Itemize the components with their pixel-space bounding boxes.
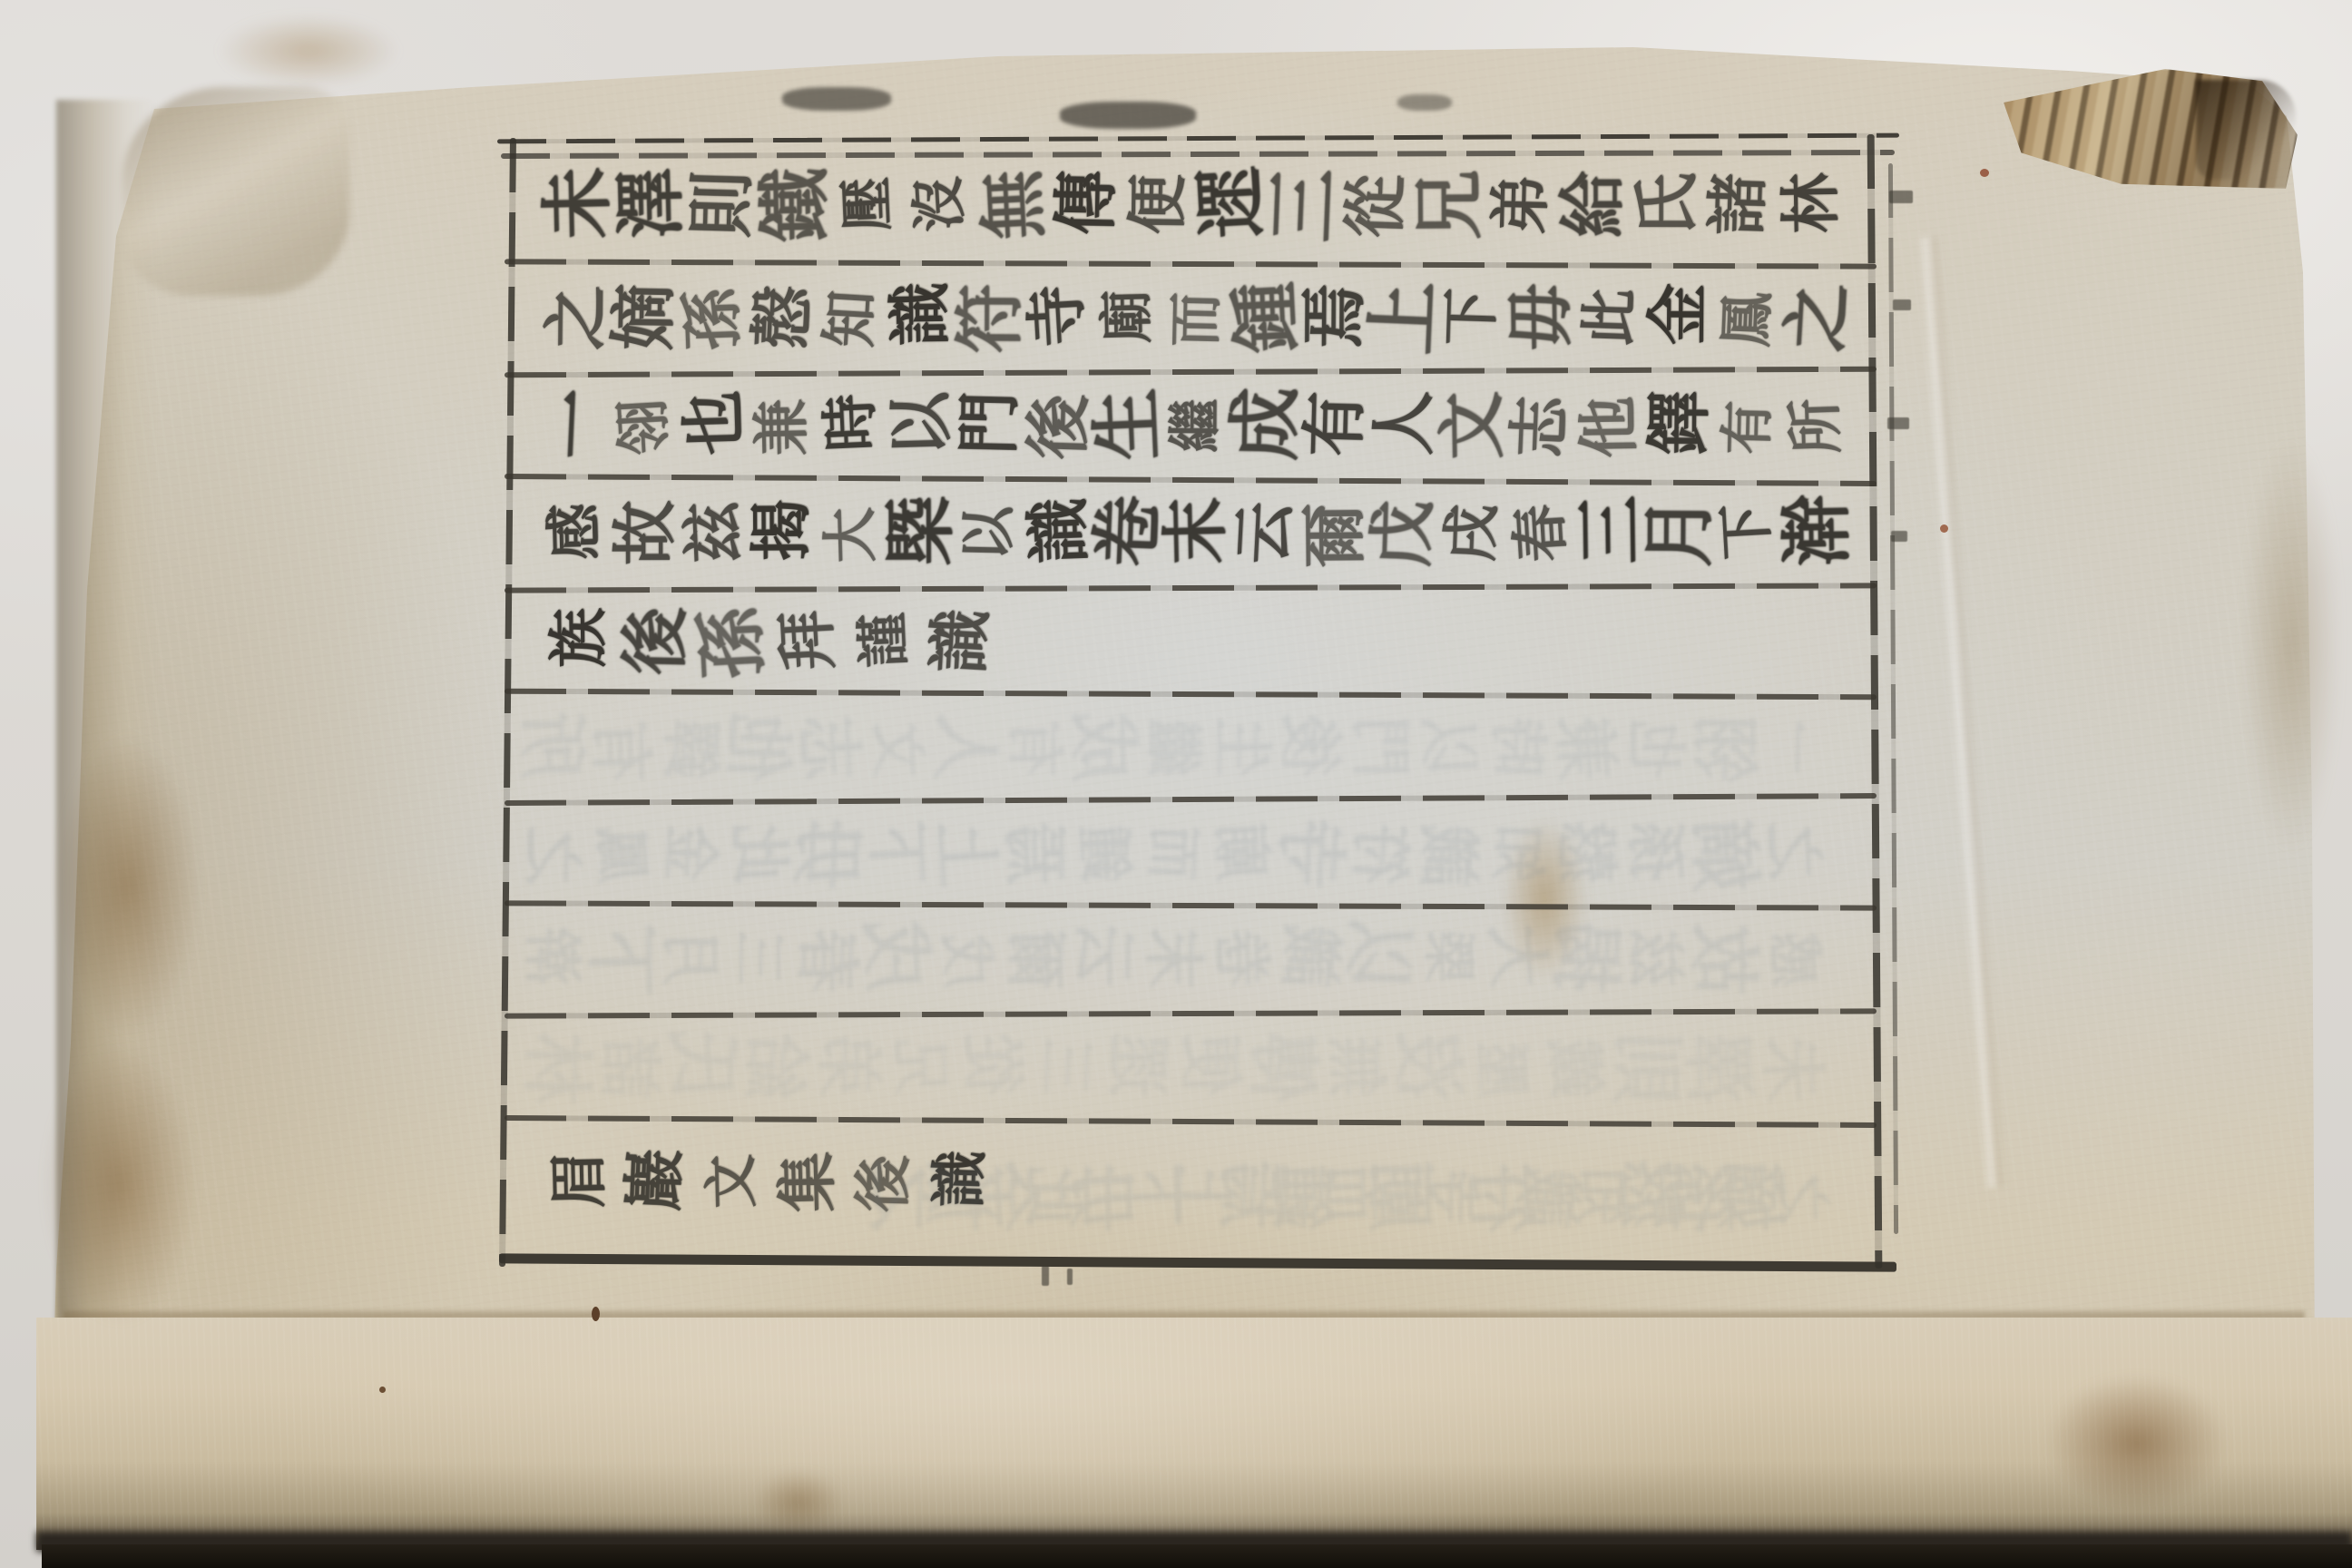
border-tick bbox=[1042, 1266, 1049, 1286]
cjk-glyph: 所 bbox=[509, 710, 604, 780]
text-row-2: 之嫡孫慤知識符寺廟而鍾焉上下毋此金鳳之 bbox=[512, 263, 1869, 370]
cjk-glyph: 所 bbox=[1768, 394, 1856, 459]
bleedthrough-row: 感故玆揭大槩以識卷末云爾戊戌春三月下澣 bbox=[512, 906, 1869, 1011]
frame-right-line bbox=[1867, 134, 1883, 1269]
cjk-glyph: 之 bbox=[1761, 279, 1860, 355]
stain-bottom-left bbox=[44, 1044, 198, 1325]
bleedthrough-row: 之嫡孫慤知識符寺廟而鍾焉上下毋此金鳳之 bbox=[878, 1143, 1867, 1249]
stain-right-margin bbox=[2241, 436, 2341, 853]
bleedthrough-row: 一翎也兼時以門後生繼成有人文志他鐸有所 bbox=[512, 695, 1869, 800]
cjk-glyph: 澣 bbox=[513, 924, 602, 989]
dark-fold-top-right bbox=[2196, 80, 2296, 180]
frame-top-line-outer bbox=[497, 133, 1899, 144]
cjk-glyph: 林 bbox=[513, 1030, 612, 1107]
dark-fleck bbox=[592, 1307, 600, 1321]
photo-of-old-book: 未澤則鐵壓沒無傳便遝三從兄弟給氏諸林 之嫡孫慤知識符寺廟而鍾焉上下毋此金鳳之 一… bbox=[0, 0, 2352, 1568]
cjk-glyph: 識 bbox=[906, 601, 1002, 680]
text-row-5: 族後孫拜謹識 bbox=[512, 587, 1869, 694]
frame-bottom-line bbox=[499, 1253, 1896, 1271]
red-speck bbox=[1940, 524, 1948, 533]
ink-smudge bbox=[1060, 102, 1196, 129]
text-row-1: 未澤則鐵壓沒無傳便遝三從兄弟給氏諸林 bbox=[512, 151, 1869, 258]
glyph-fragment bbox=[1891, 531, 1907, 542]
dark-fleck bbox=[379, 1387, 386, 1393]
stain-roll-right bbox=[2046, 1375, 2228, 1511]
cjk-glyph: 林 bbox=[1760, 168, 1851, 239]
cjk-glyph: 之 bbox=[512, 822, 603, 890]
cjk-glyph: 之 bbox=[858, 1169, 958, 1224]
frame-right-line-double bbox=[1888, 163, 1898, 1234]
dark-table-strip bbox=[42, 1544, 2352, 1568]
stain-roll-small bbox=[753, 1470, 844, 1534]
bleedthrough-row: 之嫡孫慤知識符寺廟而鍾焉上下毋此金鳳之 bbox=[512, 800, 1869, 906]
glyph-fragment bbox=[1889, 191, 1913, 203]
cjk-glyph: 澣 bbox=[1762, 495, 1860, 567]
printed-border-frame: 未澤則鐵壓沒無傳便遝三從兄弟給氏諸林 之嫡孫慤知識符寺廟而鍾焉上下毋此金鳳之 一… bbox=[497, 127, 1899, 1289]
red-speck bbox=[1980, 169, 1989, 177]
stain-top-left bbox=[218, 15, 399, 87]
text-row-4: 感故玆揭大槩以識卷末云爾戊戌春三月下澣 bbox=[512, 479, 1869, 586]
ink-smudge bbox=[782, 87, 891, 111]
text-row-3: 一翎也兼時以門後生繼成有人文志他鐸有所 bbox=[512, 371, 1869, 478]
rolled-bottom-edge bbox=[36, 1318, 2352, 1550]
ink-smudge bbox=[1397, 94, 1452, 111]
glyph-fragment bbox=[1887, 417, 1909, 429]
stain-left-edge bbox=[56, 735, 201, 1034]
glyph-fragment bbox=[1893, 299, 1911, 310]
crumpled-top-left-corner bbox=[122, 87, 349, 296]
bleedthrough-row: 未澤則鐵壓沒無傳便遝三從兄弟給氏諸林 bbox=[512, 1014, 1869, 1119]
border-tick bbox=[1067, 1269, 1073, 1285]
